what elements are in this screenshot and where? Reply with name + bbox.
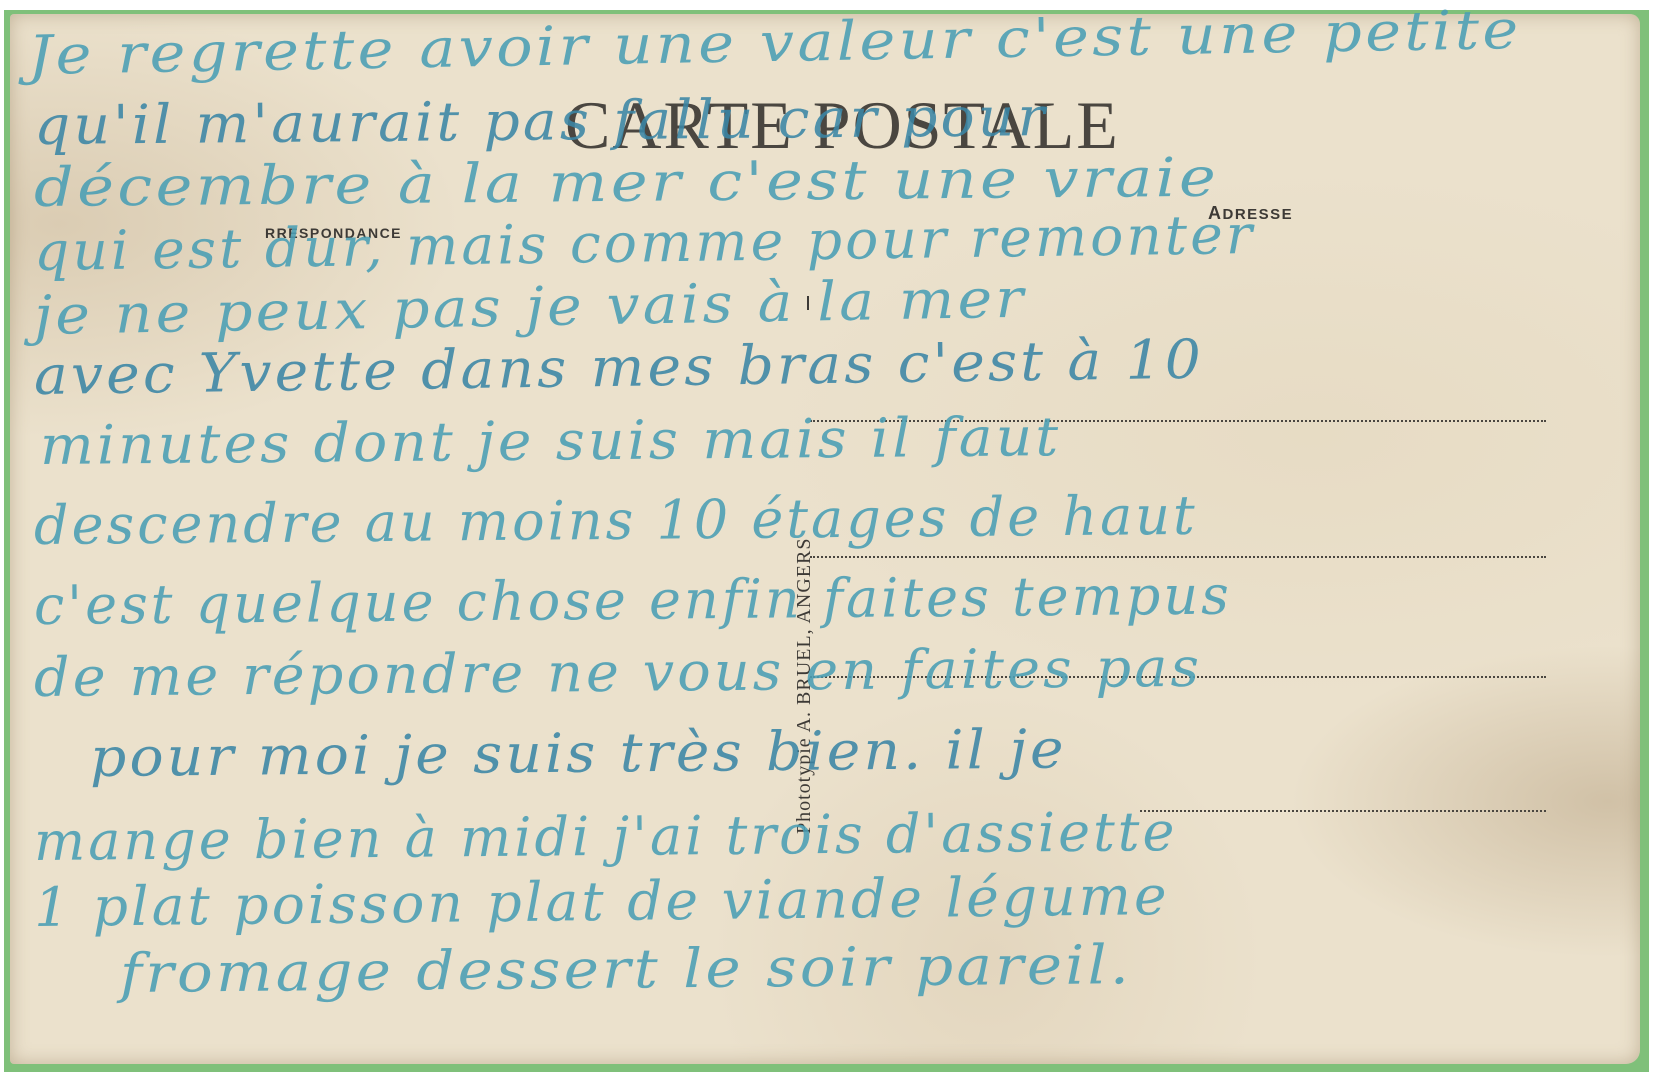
handwriting-line-13: 1 plat poisson plat de viande légume (34, 864, 1170, 939)
address-line-4 (1140, 810, 1546, 812)
handwriting-line-12: mange bien à midi j'ai trois d'assiette (34, 800, 1178, 873)
handwriting-line-10: de me répondre ne vous en faites pas (34, 636, 1203, 709)
handwriting-line-11: pour moi je suis très bien. il je (90, 717, 1067, 789)
address-line-2 (810, 556, 1546, 558)
handwriting-line-7: minutes dont je suis mais il faut (40, 405, 1062, 477)
handwriting-line-9: c'est quelque chose enfin faites tempus (34, 564, 1232, 637)
handwriting-line-1: Je regrette avoir une valeur c'est une p… (27, 0, 1522, 87)
handwriting-line-8: descendre au moins 10 étages de haut (34, 484, 1198, 557)
handwriting-line-2: qu'il m'aurait pas fallu car pour (34, 85, 1048, 157)
handwriting-line-14: fromage dessert le soir pareil. (120, 933, 1133, 1005)
postcard-back: CARTE POSTALE RRESPONDANCE ADRESSE Photo… (10, 14, 1640, 1064)
